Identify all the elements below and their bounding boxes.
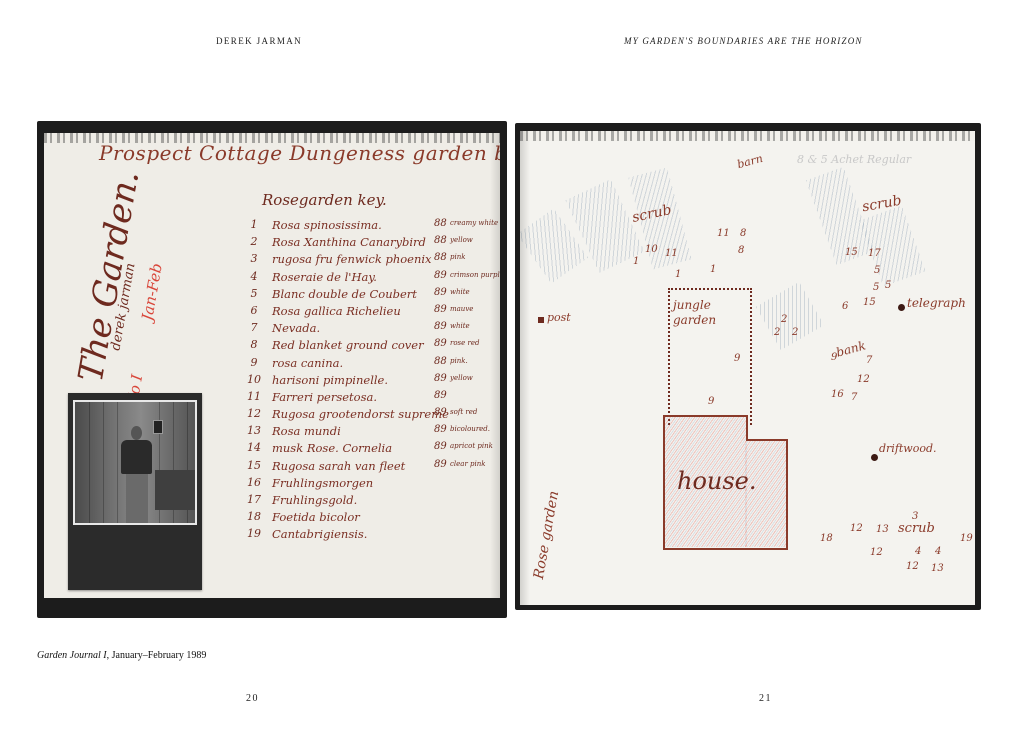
rose-year: 89	[434, 424, 447, 435]
map-number: 15	[845, 247, 858, 258]
label-house: house.	[677, 467, 757, 495]
rose-number: 10	[244, 373, 264, 386]
map-number: 13	[931, 563, 944, 574]
rose-name: Farreri persetosa.	[272, 390, 377, 404]
page-number-left: 20	[246, 693, 259, 704]
map-number: 6	[842, 301, 848, 312]
rose-year: 89	[434, 407, 447, 418]
rose-number: 15	[244, 459, 264, 472]
rose-color: clear pink	[450, 460, 486, 468]
map-number: 16	[831, 389, 844, 400]
map-number: 17	[868, 248, 881, 259]
caption-date: , January–February 1989	[107, 650, 207, 661]
rose-key-row: 14musk Rose. Cornelia89apricot pink	[244, 441, 494, 458]
rose-number: 18	[244, 510, 264, 523]
rose-key-row: 12Rugosa grootendorst supreme89soft red	[244, 407, 494, 424]
page-number-right: 21	[759, 693, 772, 704]
map-number: 1	[633, 256, 639, 267]
map-number: 7	[851, 392, 857, 403]
map-number: 9	[734, 353, 740, 364]
rose-color: white	[450, 322, 470, 330]
label-post: post	[547, 311, 571, 324]
rose-number: 1	[244, 218, 264, 231]
rose-year: 89	[434, 441, 447, 452]
rose-key-row: 5Blanc double de Coubert89white	[244, 287, 494, 304]
map-number: 11	[665, 248, 678, 259]
date-note: Jan-Feb	[138, 262, 166, 322]
map-number: 8	[738, 245, 744, 256]
label-rose-garden: Rose garden	[531, 490, 562, 581]
rose-number: 5	[244, 287, 264, 300]
map-number: 5	[885, 280, 891, 291]
rose-year: 89	[434, 321, 447, 332]
rose-name: Rugosa sarah van fleet	[272, 459, 405, 473]
label-bank: bank	[835, 338, 867, 359]
house-outline: house.	[663, 415, 789, 549]
rose-color: mauve	[450, 305, 473, 313]
running-head-author: DEREK JARMAN	[216, 36, 302, 46]
map-number: 12	[906, 561, 919, 572]
right-journal-page: barn 8 & 5 Achet Regular scrub scrub pos…	[520, 131, 975, 605]
figure-caption: Garden Journal I, January–February 1989	[37, 650, 206, 661]
map-number: 19	[960, 533, 973, 544]
key-title: Rosegarden key.	[262, 191, 387, 209]
rose-name: Cantabrigiensis.	[272, 527, 367, 541]
picture-frame-icon	[153, 420, 163, 434]
map-number: 12	[870, 547, 883, 558]
rose-year: 88	[434, 235, 447, 246]
map-number: 8	[740, 228, 746, 239]
rose-name: Roseraie de l'Hay.	[272, 270, 377, 284]
rose-key-row: 13Rosa mundi89bicoloured.	[244, 424, 494, 441]
map-number: 2	[781, 314, 787, 325]
photo-image	[73, 400, 197, 525]
pencil-shading	[756, 282, 824, 350]
figure-head	[131, 426, 142, 440]
rose-key-row: 9rosa canina.88pink.	[244, 356, 494, 373]
map-number: 4	[915, 546, 921, 557]
rose-key-list: 1Rosa spinosissima.88creamy white2Rosa X…	[244, 218, 494, 545]
map-number: 13	[876, 524, 889, 535]
map-number: 7	[866, 355, 872, 366]
rose-name: Nevada.	[272, 321, 320, 335]
rose-number: 6	[244, 304, 264, 317]
rose-color: yellow	[450, 236, 473, 244]
rose-name: musk Rose. Cornelia	[272, 441, 392, 455]
map-number: 5	[873, 282, 879, 293]
rose-key-row: 10harisoni pimpinelle.89yellow	[244, 373, 494, 390]
left-journal-page: Prospect Cottage Dungeness garden book R…	[44, 133, 500, 598]
post-marker-icon	[538, 317, 544, 323]
rose-key-row: 2Rosa Xanthina Canarybird88yellow	[244, 235, 494, 252]
rose-year: 89	[434, 390, 447, 401]
rose-number: 8	[244, 338, 264, 351]
rose-color: pink.	[450, 357, 468, 365]
map-number: 2	[774, 327, 780, 338]
map-number: 9	[708, 396, 714, 407]
rose-number: 11	[244, 390, 264, 403]
rose-year: 89	[434, 338, 447, 349]
rose-number: 13	[244, 424, 264, 437]
map-number: 2	[792, 327, 798, 338]
map-number: 12	[857, 374, 870, 385]
rose-name: Blanc double de Coubert	[272, 287, 417, 301]
rose-key-row: 16Fruhlingsmorgen	[244, 476, 494, 493]
map-number: 15	[863, 297, 876, 308]
page-title: Prospect Cottage Dungeness garden book	[99, 141, 500, 165]
pencil-shading	[806, 167, 874, 265]
dresser-shape	[155, 470, 197, 510]
rose-year: 88	[434, 356, 447, 367]
label-telegraph: telegraph	[907, 296, 966, 310]
rose-key-row: 4Roseraie de l'Hay.89crimson purple	[244, 270, 494, 287]
driftwood-marker-icon	[871, 454, 878, 461]
rose-key-row: 7Nevada.89white	[244, 321, 494, 338]
rose-year: 89	[434, 373, 447, 384]
map-number: 4	[935, 546, 941, 557]
rose-key-row: 6Rosa gallica Richelieu89mauve	[244, 304, 494, 321]
map-number: 1	[675, 269, 681, 280]
rose-number: 19	[244, 527, 264, 540]
rose-name: Rugosa grootendorst supreme	[272, 407, 449, 421]
rose-year: 89	[434, 459, 447, 470]
rose-number: 12	[244, 407, 264, 420]
rose-year: 88	[434, 252, 447, 263]
map-number: 18	[820, 533, 833, 544]
rose-number: 17	[244, 493, 264, 506]
journal-spread: Prospect Cottage Dungeness garden book R…	[37, 121, 981, 618]
rose-number: 7	[244, 321, 264, 334]
rose-key-row: 1Rosa spinosissima.88creamy white	[244, 218, 494, 235]
torn-edge	[520, 131, 975, 141]
map-number: 3	[912, 511, 918, 522]
running-head-title: MY GARDEN'S BOUNDARIES ARE THE HORIZON	[624, 36, 863, 46]
rose-year: 89	[434, 287, 447, 298]
label-faint-note: 8 & 5 Achet Regular	[797, 153, 911, 166]
rose-color: bicoloured.	[450, 425, 490, 433]
rose-color: soft red	[450, 408, 477, 416]
rose-color: white	[450, 288, 470, 296]
rose-name: Foetida bicolor	[272, 510, 360, 524]
figure-body	[121, 440, 152, 474]
rose-key-row: 17Fruhlingsgold.	[244, 493, 494, 510]
rose-color: apricot pink	[450, 442, 493, 450]
rose-color: yellow	[450, 374, 473, 382]
photograph	[68, 393, 202, 590]
rose-number: 16	[244, 476, 264, 489]
rose-key-row: 11Farreri persetosa.89	[244, 390, 494, 407]
rose-name: harisoni pimpinelle.	[272, 373, 388, 387]
rose-number: 2	[244, 235, 264, 248]
figure-legs	[126, 474, 148, 524]
gutter-shadow	[490, 133, 500, 598]
gutter-shadow	[520, 131, 530, 605]
rose-number: 4	[244, 270, 264, 283]
map-number: 10	[645, 244, 658, 255]
rose-name: Red blanket ground cover	[272, 338, 424, 352]
map-number: 9	[831, 352, 837, 363]
label-driftwood: driftwood.	[879, 442, 937, 455]
rose-name: Rosa mundi	[272, 424, 341, 438]
rose-number: 14	[244, 441, 264, 454]
label-barn: barn	[736, 152, 764, 171]
rose-color: pink	[450, 253, 465, 261]
map-number: 5	[874, 265, 880, 276]
map-number: 1	[710, 264, 716, 275]
map-number: 11	[717, 228, 730, 239]
label-jungle-garden: jungle garden	[673, 298, 743, 328]
rose-number: 9	[244, 356, 264, 369]
rose-year: 88	[434, 218, 447, 229]
rose-key-row: 15Rugosa sarah van fleet89clear pink	[244, 459, 494, 476]
rose-name: Rosa Xanthina Canarybird	[272, 235, 426, 249]
rose-name: Rosa spinosissima.	[272, 218, 382, 232]
pencil-shading	[859, 205, 925, 286]
rose-key-row: 19Cantabrigiensis.	[244, 527, 494, 544]
rose-key-row: 3rugosa fru fenwick phoenix88pink	[244, 252, 494, 269]
rose-name: Fruhlingsmorgen	[272, 476, 373, 490]
caption-title: Garden Journal I	[37, 650, 107, 661]
rose-garden-vertical: Rose garden	[530, 490, 563, 581]
rose-name: rosa canina.	[272, 356, 343, 370]
label-scrub-bottom: scrub	[898, 521, 935, 536]
rose-year: 89	[434, 304, 447, 315]
telegraph-pole-marker-icon	[898, 304, 905, 311]
rose-color: rose red	[450, 339, 480, 347]
rose-key-row: 8Red blanket ground cover89rose red	[244, 338, 494, 355]
map-number: 12	[850, 523, 863, 534]
rose-year: 89	[434, 270, 447, 281]
rose-key-row: 18Foetida bicolor	[244, 510, 494, 527]
rose-name: Fruhlingsgold.	[272, 493, 357, 507]
rose-number: 3	[244, 252, 264, 265]
rose-name: Rosa gallica Richelieu	[272, 304, 401, 318]
rose-name: rugosa fru fenwick phoenix	[272, 252, 432, 266]
